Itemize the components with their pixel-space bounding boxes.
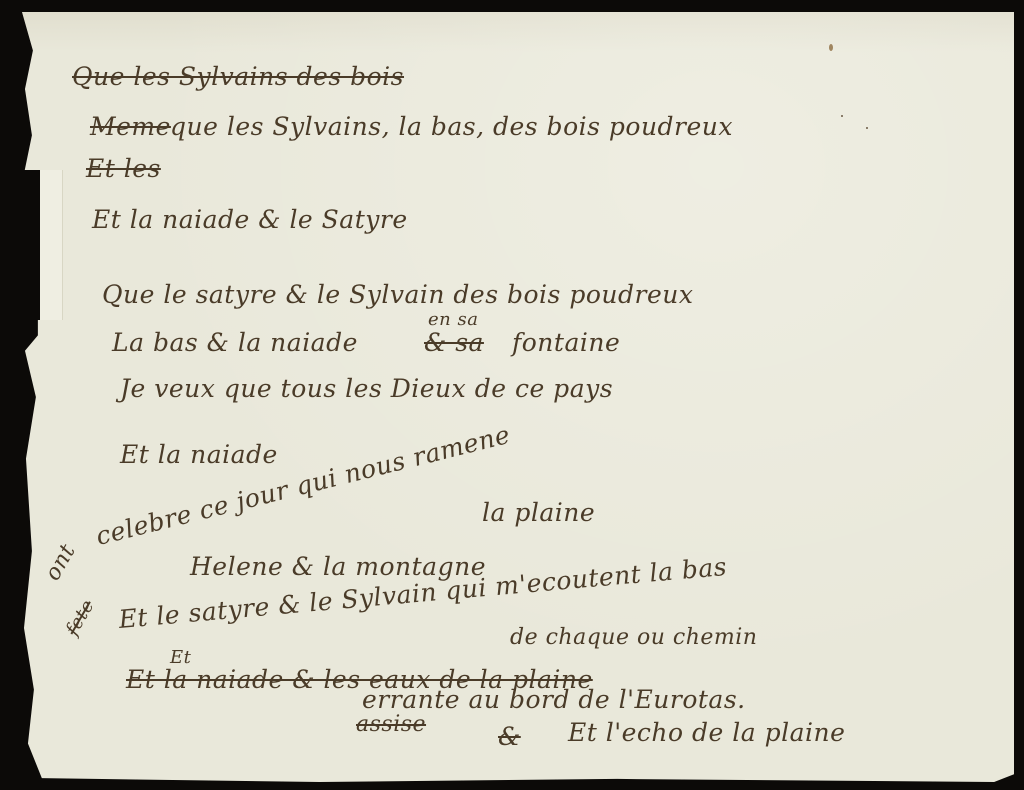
- line-15-struck: assise: [356, 712, 426, 737]
- line-16-struck: &: [498, 722, 521, 751]
- ink-dot: [841, 115, 843, 117]
- ink-blot: [829, 44, 833, 51]
- line-13-insertion: de chaque ou chemin: [510, 625, 757, 650]
- line-16: Et l'echo de la plaine: [568, 718, 845, 747]
- line-4: Et la naiade & le Satyre: [92, 205, 408, 234]
- line-6-insertion: en sa: [428, 309, 478, 330]
- line-14: errante au bord de l'Eurotas.: [362, 685, 746, 714]
- line-7: Je veux que tous les Dieux de ce pays: [120, 374, 613, 403]
- torn-edge: [22, 170, 40, 320]
- line-6-struck: & sa: [424, 328, 484, 357]
- line-10: la plaine: [482, 498, 595, 527]
- line-6c: fontaine: [512, 328, 620, 357]
- line-1-struck: Que les Sylvains des bois: [72, 62, 404, 91]
- line-5: Que le satyre & le Sylvain des bois poud…: [102, 280, 693, 309]
- line-8: Et la naiade: [120, 440, 278, 469]
- line-2: que les Sylvains, la bas, des bois poudr…: [170, 112, 733, 141]
- ink-dot: [866, 127, 868, 129]
- line-6a: La bas & la naiade: [112, 328, 358, 357]
- line-2-struck-word: Meme: [90, 112, 171, 141]
- paper-flap: [40, 170, 63, 320]
- line-3-struck: Et les: [86, 154, 161, 183]
